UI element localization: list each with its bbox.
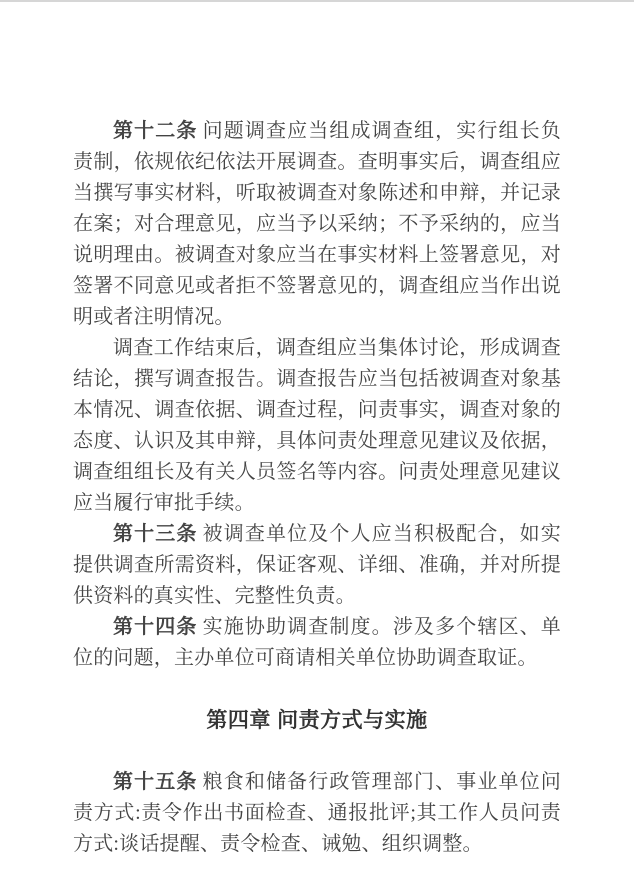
article-number-label: 第十四条 xyxy=(113,616,198,638)
article-number-label: 第十二条 xyxy=(113,120,198,142)
chapter-heading: 第四章 问责方式与实施 xyxy=(73,705,561,736)
document-text-block: 第十二条问题调查应当组成调查组，实行组长负责制，依规依纪依法开展调查。查明事实后… xyxy=(73,116,561,860)
article-number-label: 第十五条 xyxy=(113,771,198,793)
page-top-edge-line xyxy=(0,0,634,2)
document-paragraph: 调查工作结束后，调查组应当集体讨论，形成调查结论，撰写调查报告。调查报告应当包括… xyxy=(73,333,561,519)
paragraph-text: 调查工作结束后，调查组应当集体讨论，形成调查结论，撰写调查报告。调查报告应当包括… xyxy=(73,337,561,514)
document-page: 第十二条问题调查应当组成调查组，实行组长负责制，依规依纪依法开展调查。查明事实后… xyxy=(0,0,634,879)
document-paragraph: 第十三条被调查单位及个人应当积极配合，如实提供调查所需资料，保证客观、详细、准确… xyxy=(73,519,561,612)
document-paragraph: 第十五条粮食和储备行政管理部门、事业单位问责方式:责令作出书面检查、通报批评;其… xyxy=(73,767,561,860)
document-paragraph: 第十二条问题调查应当组成调查组，实行组长负责制，依规依纪依法开展调查。查明事实后… xyxy=(73,116,561,333)
document-paragraph: 第十四条实施协助调查制度。涉及多个辖区、单位的问题，主办单位可商请相关单位协助调… xyxy=(73,612,561,674)
article-number-label: 第十三条 xyxy=(113,523,198,545)
paragraph-text: 问题调查应当组成调查组，实行组长负责制，依规依纪依法开展调查。查明事实后，调查组… xyxy=(73,120,561,328)
